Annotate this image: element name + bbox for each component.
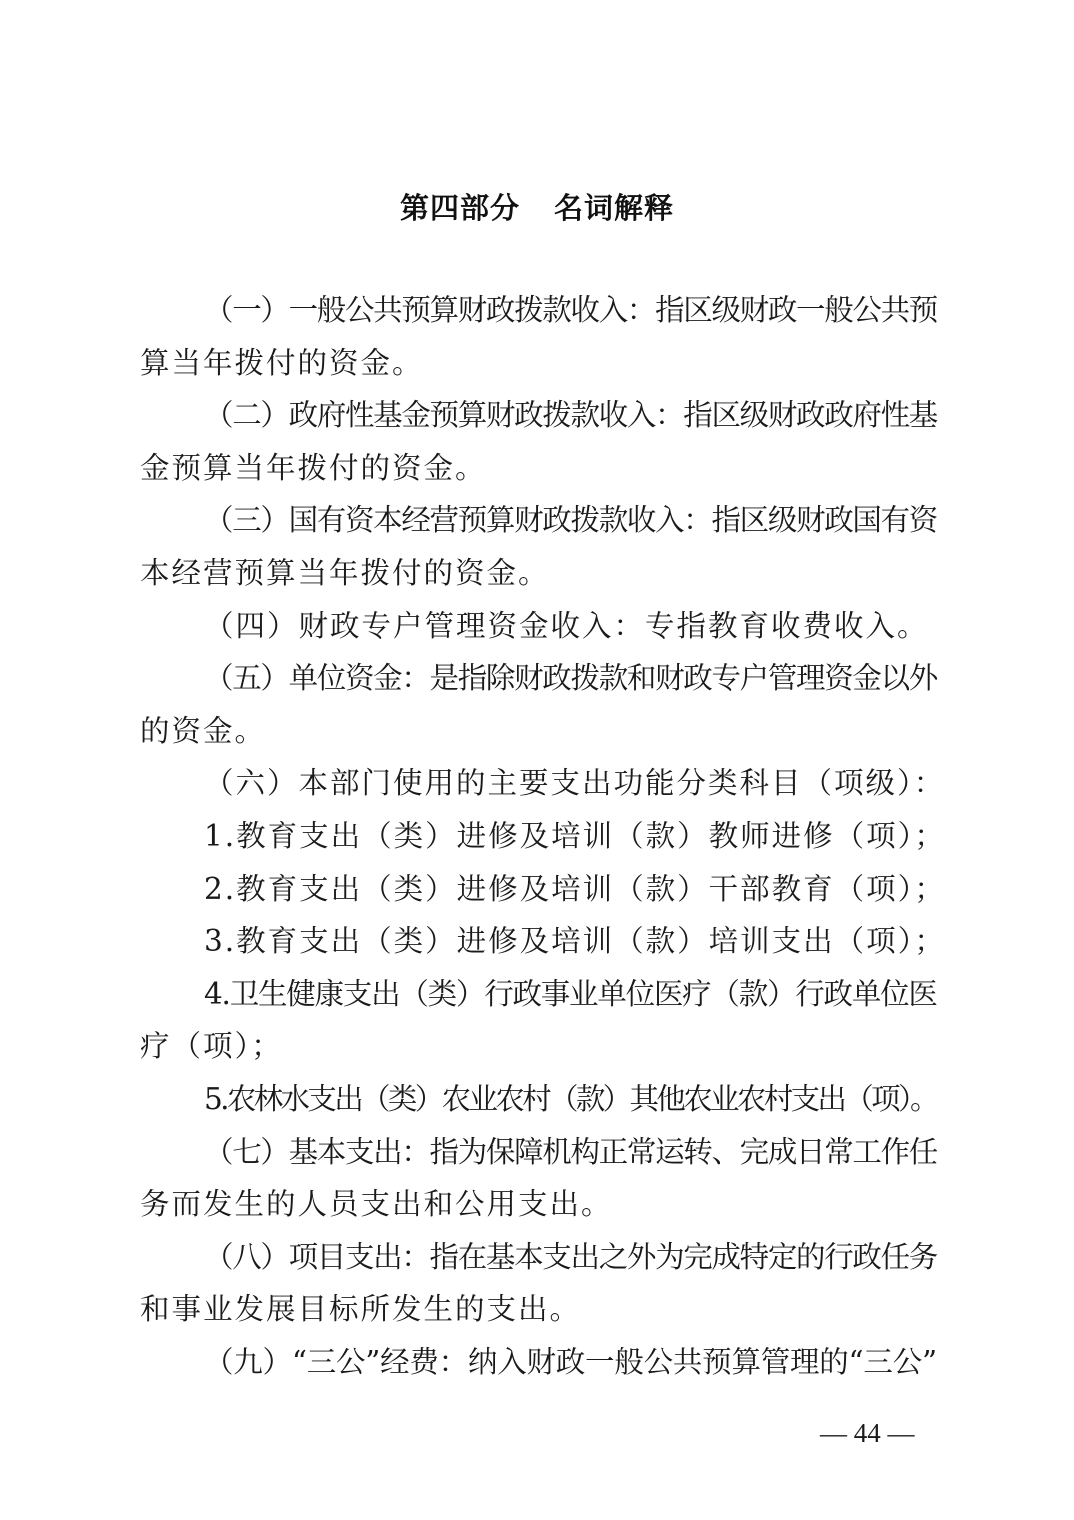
list-item: 3.教育支出（类）进修及培训（款）培训支出（项）； <box>140 915 937 968</box>
list-item: 5.农林水支出（类）农业农村（款）其他农业农村支出（项）。 <box>140 1073 937 1126</box>
document-page: 第四部分名词解释 （一）一般公共预算财政拨款收入：指区级财政一般公共预 算当年拨… <box>0 0 1074 1520</box>
text-line: 算当年拨付的资金。 <box>140 337 937 390</box>
list-item: 4.卫生健康支出（类）行政事业单位医疗（款）行政单位医 <box>140 968 937 1021</box>
list-item: 1.教育支出（类）进修及培训（款）教师进修（项）； <box>140 810 937 863</box>
text-line: 的资金。 <box>140 705 937 758</box>
text-line: （一）一般公共预算财政拨款收入：指区级财政一般公共预 <box>140 284 937 337</box>
text-line: 疗（项）； <box>140 1020 937 1073</box>
document-body: （一）一般公共预算财政拨款收入：指区级财政一般公共预 算当年拨付的资金。 （二）… <box>140 284 937 1388</box>
text-line: 和事业发展目标所发生的支出。 <box>140 1283 937 1336</box>
text-line: （六）本部门使用的主要支出功能分类科目（项级）： <box>140 757 937 810</box>
text-line: 本经营预算当年拨付的资金。 <box>140 547 937 600</box>
text-line: 金预算当年拨付的资金。 <box>140 442 937 495</box>
section-title: 第四部分名词解释 <box>0 186 1074 227</box>
text-line: （二）政府性基金预算财政拨款收入：指区级财政政府性基 <box>140 389 937 442</box>
section-title-part: 第四部分 <box>400 191 520 225</box>
page-number: — 44 — <box>820 1418 915 1449</box>
text-line: （三）国有资本经营预算财政拨款收入：指区级财政国有资 <box>140 494 937 547</box>
list-item: 2.教育支出（类）进修及培训（款）干部教育（项）； <box>140 863 937 916</box>
text-line: （八）项目支出：指在基本支出之外为完成特定的行政任务 <box>140 1231 937 1284</box>
text-line: （七）基本支出：指为保障机构正常运转、完成日常工作任 <box>140 1126 937 1179</box>
section-title-name: 名词解释 <box>554 191 674 225</box>
text-line: （四）财政专户管理资金收入：专指教育收费收入。 <box>140 600 937 653</box>
text-line: （九）“三公”经费：纳入财政一般公共预算管理的“三公” <box>140 1336 937 1389</box>
text-line: （五）单位资金：是指除财政拨款和财政专户管理资金以外 <box>140 652 937 705</box>
text-line: 务而发生的人员支出和公用支出。 <box>140 1178 937 1231</box>
